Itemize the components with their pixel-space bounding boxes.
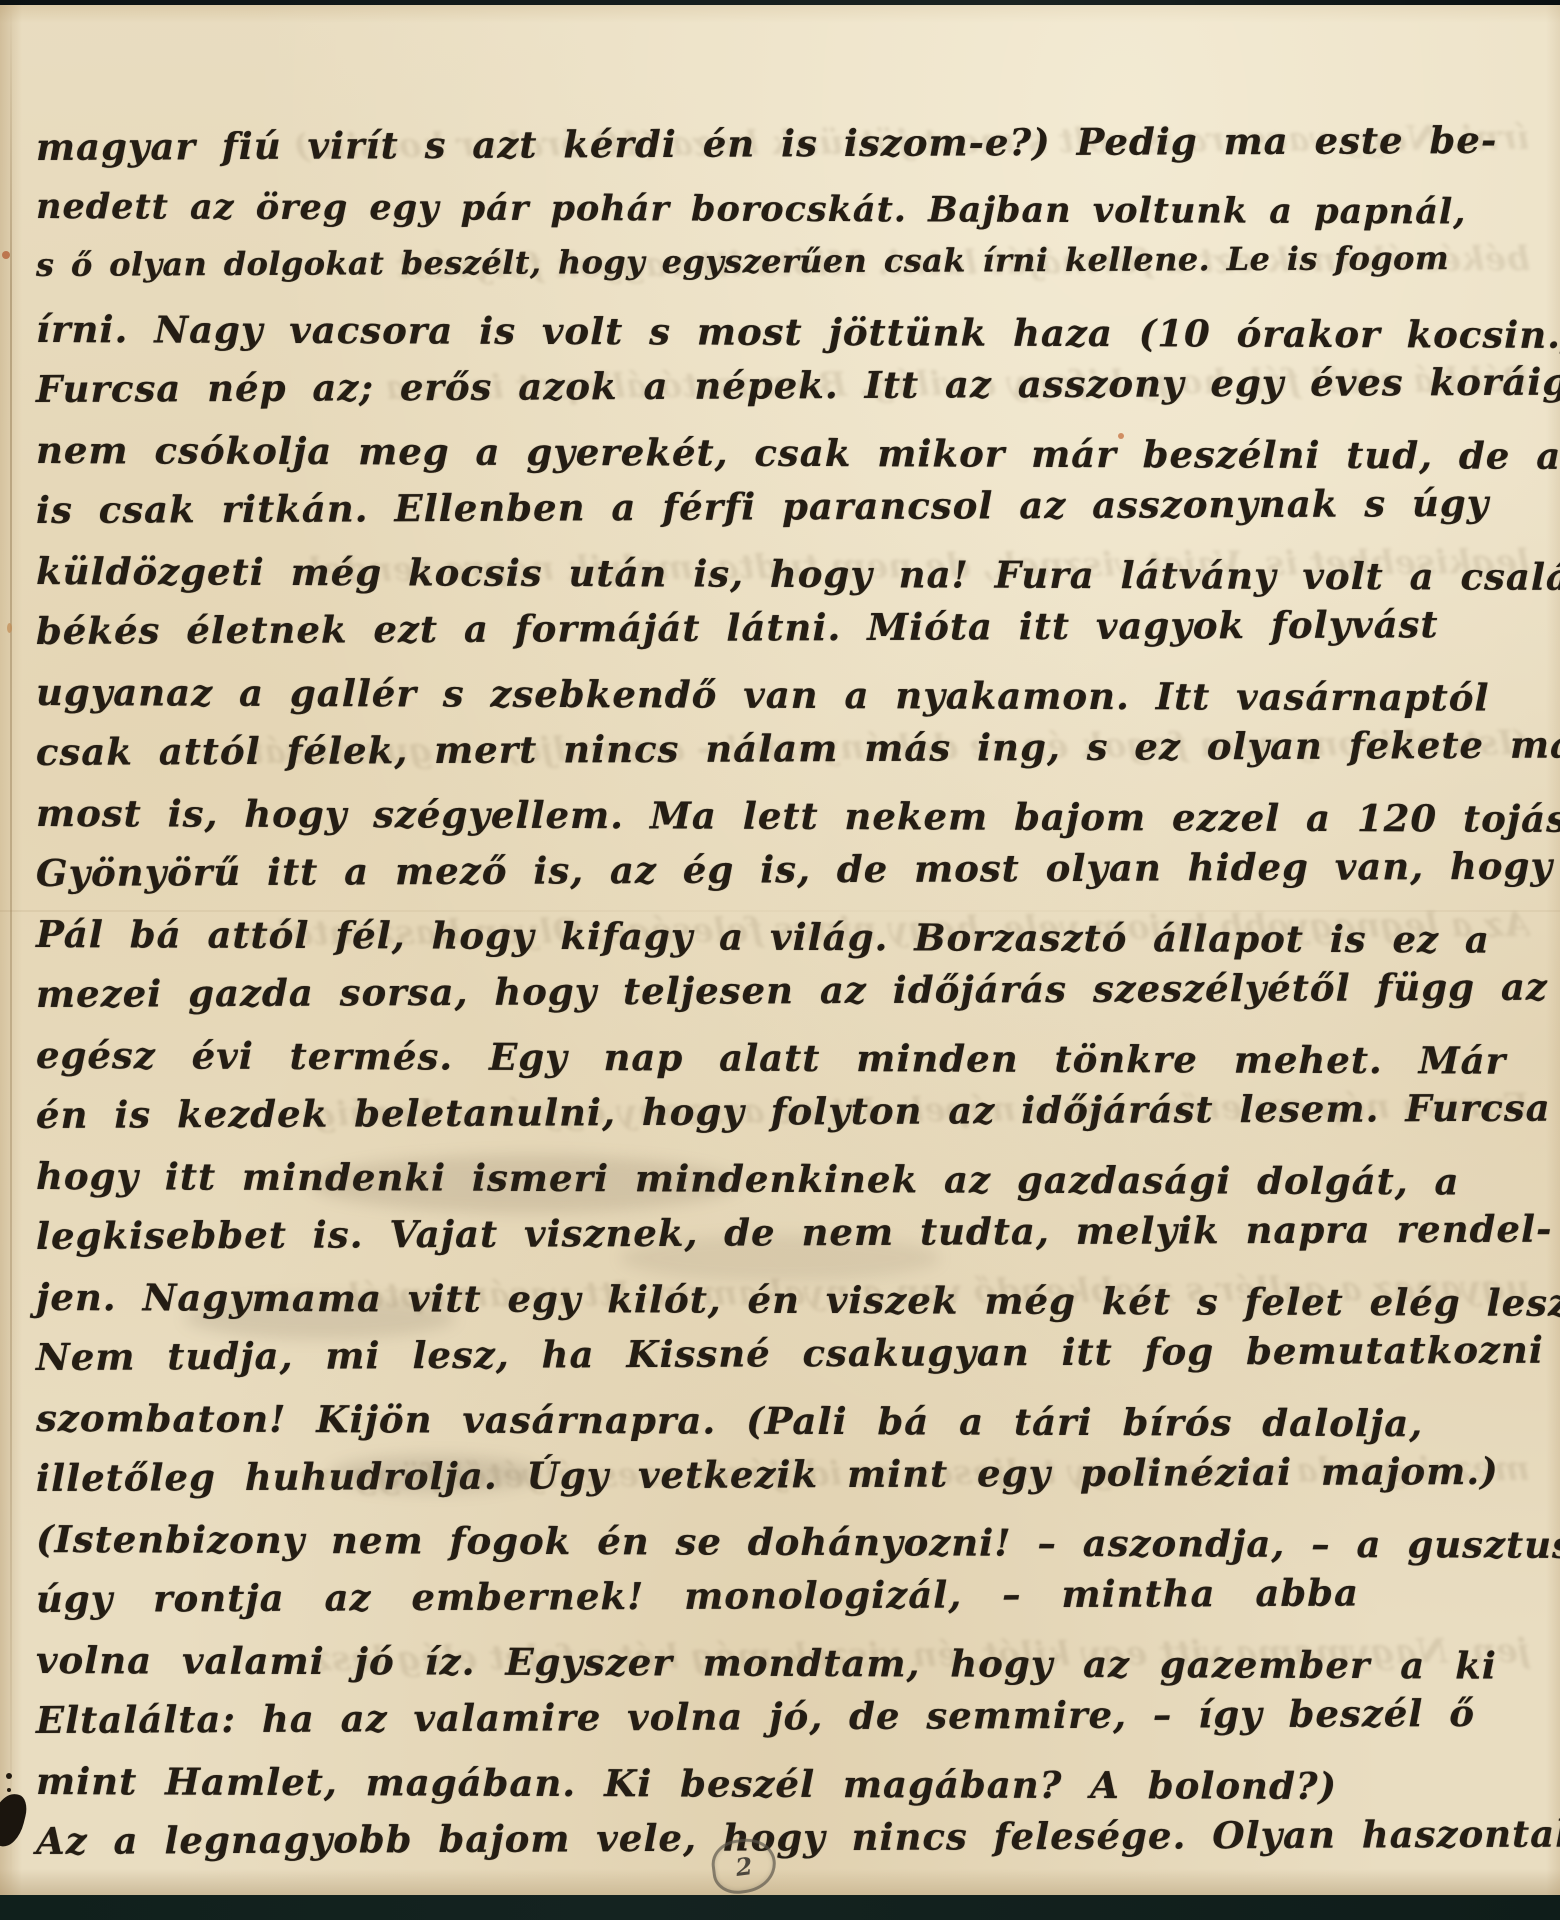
handwriting-line: legkisebbet is. Vajat visznek, de nem tu… xyxy=(36,1207,1546,1275)
handwriting-line: magyar fiú virít s azt kérdi én is iszom… xyxy=(36,118,1546,186)
handwriting-line: Gyönyörű itt a mező is, az ég is, de mos… xyxy=(36,844,1546,912)
letter-body: magyar fiú virít s azt kérdi én is iszom… xyxy=(36,125,1546,1880)
handwriting-line: mezei gazda sorsa, hogy teljesen az időj… xyxy=(36,965,1546,1033)
handwriting-line: Eltalálta: ha az valamire volna jó, de s… xyxy=(36,1691,1546,1759)
handwriting-line: s ő olyan dolgokat beszélt, hogy egyszer… xyxy=(36,239,1546,307)
scanner-edge-bottom xyxy=(0,1895,1560,1920)
fold-crease-vertical xyxy=(10,5,12,1895)
handwriting-line: illetőleg huhudrolja. Úgy vetkezik mint … xyxy=(36,1449,1546,1517)
letter-page: írni. Nagy vacsora is volt s most jöttün… xyxy=(0,5,1560,1895)
handwriting-line: Az a legnagyobb bajom vele, hogy nincs f… xyxy=(36,1812,1546,1880)
handwriting-line: is csak ritkán. Ellenben a férfi parancs… xyxy=(36,481,1546,549)
page-number: 2 xyxy=(734,1851,754,1882)
handwriting-line: én is kezdek beletanulni, hogy folyton a… xyxy=(36,1086,1546,1154)
foxing-spot xyxy=(2,251,10,259)
handwriting-line: csak attól félek, mert nincs nálam más i… xyxy=(36,723,1546,791)
ink-blot xyxy=(6,1773,12,1779)
handwriting-line: úgy rontja az embernek! monologizál, – m… xyxy=(36,1570,1546,1638)
handwriting-line: Nem tudja, mi lesz, ha Kissné csakugyan … xyxy=(36,1328,1546,1396)
foxing-spot xyxy=(7,623,12,633)
ink-blot xyxy=(0,1790,30,1850)
handwriting-line: békés életnek ezt a formáját látni. Miót… xyxy=(36,602,1546,670)
handwriting-line: Furcsa nép az; erős azok a népek. Itt az… xyxy=(36,360,1546,428)
